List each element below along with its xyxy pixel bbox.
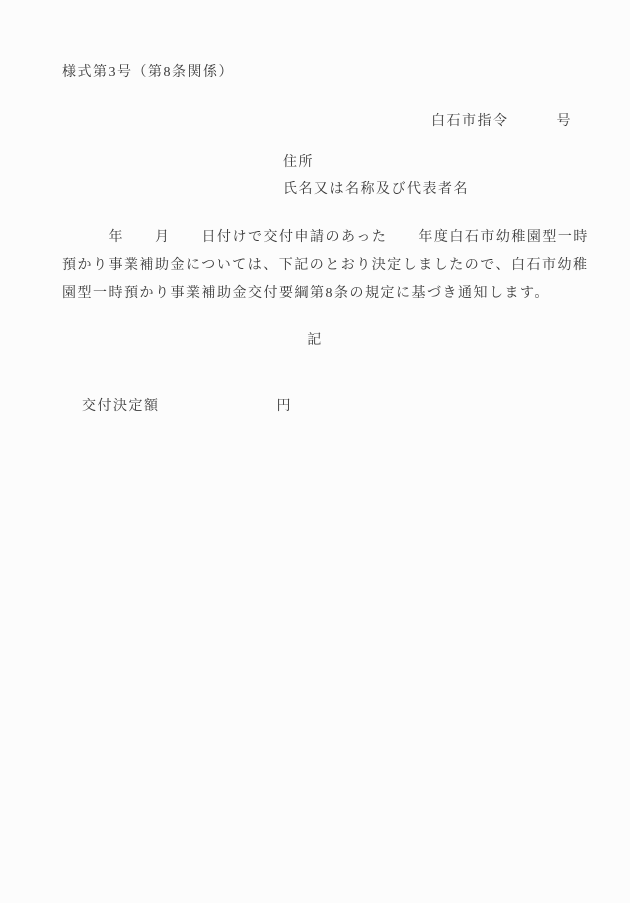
body-paragraph: 年 月 日付けで交付申請のあった 年度白石市幼稚園型一時 預かり事業補助金につい… [62,224,574,308]
document-page: 様式第3号（第8条関係） 白石市指令号 住所 氏名又は名称及び代表者名 年 月 … [0,0,630,903]
grant-amount-line: 交付決定額円 [62,386,292,428]
record-heading: 記 [0,334,630,348]
form-number: 様式第3号（第8条関係） [62,66,234,80]
grant-amount-label: 交付決定額 [82,399,160,414]
address-label: 住所 [283,156,314,170]
body-line: 園型一時預かり事業補助金交付要綱第8条の規定に基づき通知します。 [62,280,574,308]
grant-amount-blank [160,409,277,410]
directive-label: 白石市指令 [431,114,509,129]
grant-amount-unit: 円 [277,399,293,414]
recipient-name-label: 氏名又は名称及び代表者名 [283,183,469,197]
directive-line: 白石市指令号 [0,101,572,143]
body-line: 年 月 日付けで交付申請のあった 年度白石市幼稚園型一時 [62,224,574,252]
body-line: 預かり事業補助金については、下記のとおり決定しましたので、白石市幼稚 [62,252,574,280]
directive-number-suffix: 号 [557,114,573,129]
directive-number-blank [509,124,557,125]
